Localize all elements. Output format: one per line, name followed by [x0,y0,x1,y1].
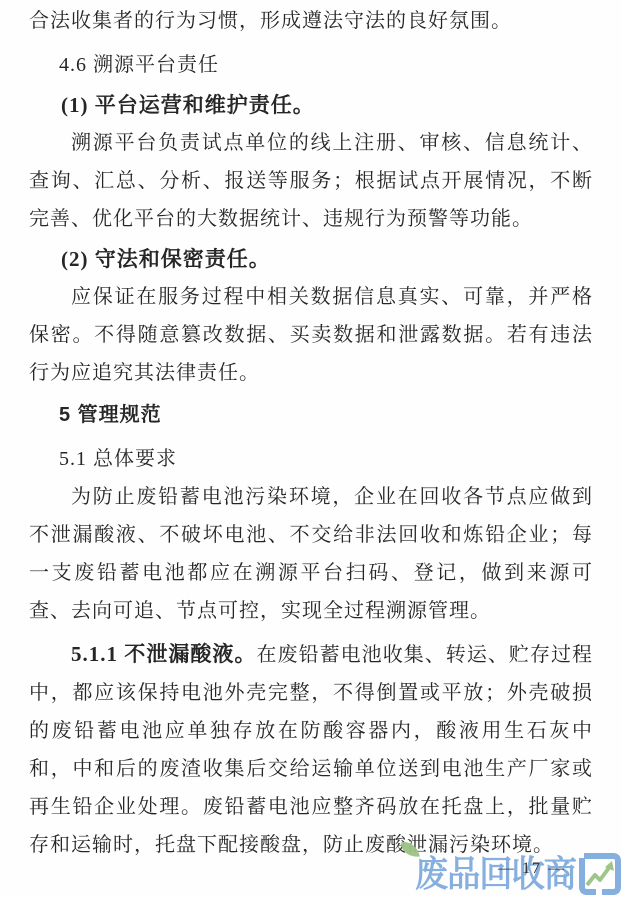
paragraph-5-1-1-no-acid-leak: 5.1.1 不泄漏酸液。在废铅蓄电池收集、转运、贮存过程中，都应该保持电池外壳完… [29,635,593,864]
paragraph-continuation: 合法收集者的行为习惯，形成遵法守法的良好氛围。 [29,2,593,40]
heading-5-management-standards: 5 管理规范 [29,396,593,434]
paragraph-general-requirements: 为防止废铅蓄电池污染环境，企业在回收各节点应做到不泄漏酸液、不破坏电池、不交给非… [29,478,593,630]
heading-2-confidentiality-duty: (2) 守法和保密责任。 [29,240,593,278]
document-page: 合法收集者的行为习惯，形成遵法守法的良好氛围。 4.6 溯源平台责任 (1) 平… [0,0,622,897]
heading-1-platform-operation-duty: (1) 平台运营和维护责任。 [29,86,593,124]
paragraph-platform-services: 溯源平台负责试点单位的线上注册、审核、信息统计、查询、汇总、分析、报送等服务；根… [29,124,593,238]
document-content: 合法收集者的行为习惯，形成遵法守法的良好氛围。 4.6 溯源平台责任 (1) 平… [29,2,593,864]
heading-5-1-general-requirements: 5.1 总体要求 [29,440,593,478]
heading-4-6-traceability-platform: 4.6 溯源平台责任 [29,46,593,84]
page-number: — 17 — [498,860,566,878]
paragraph-5-1-1-text: 在废铅蓄电池收集、转运、贮存过程中，都应该保持电池外壳完整，不得倒置或平放；外壳… [29,644,593,856]
heading-5-1-1-lead: 5.1.1 不泄漏酸液。 [71,642,257,666]
growth-chart-icon [579,853,621,895]
paragraph-confidentiality: 应保证在服务过程中相关数据信息真实、可靠，并严格保密。不得随意篡改数据、买卖数据… [29,278,593,392]
leaf-icon [393,841,427,867]
